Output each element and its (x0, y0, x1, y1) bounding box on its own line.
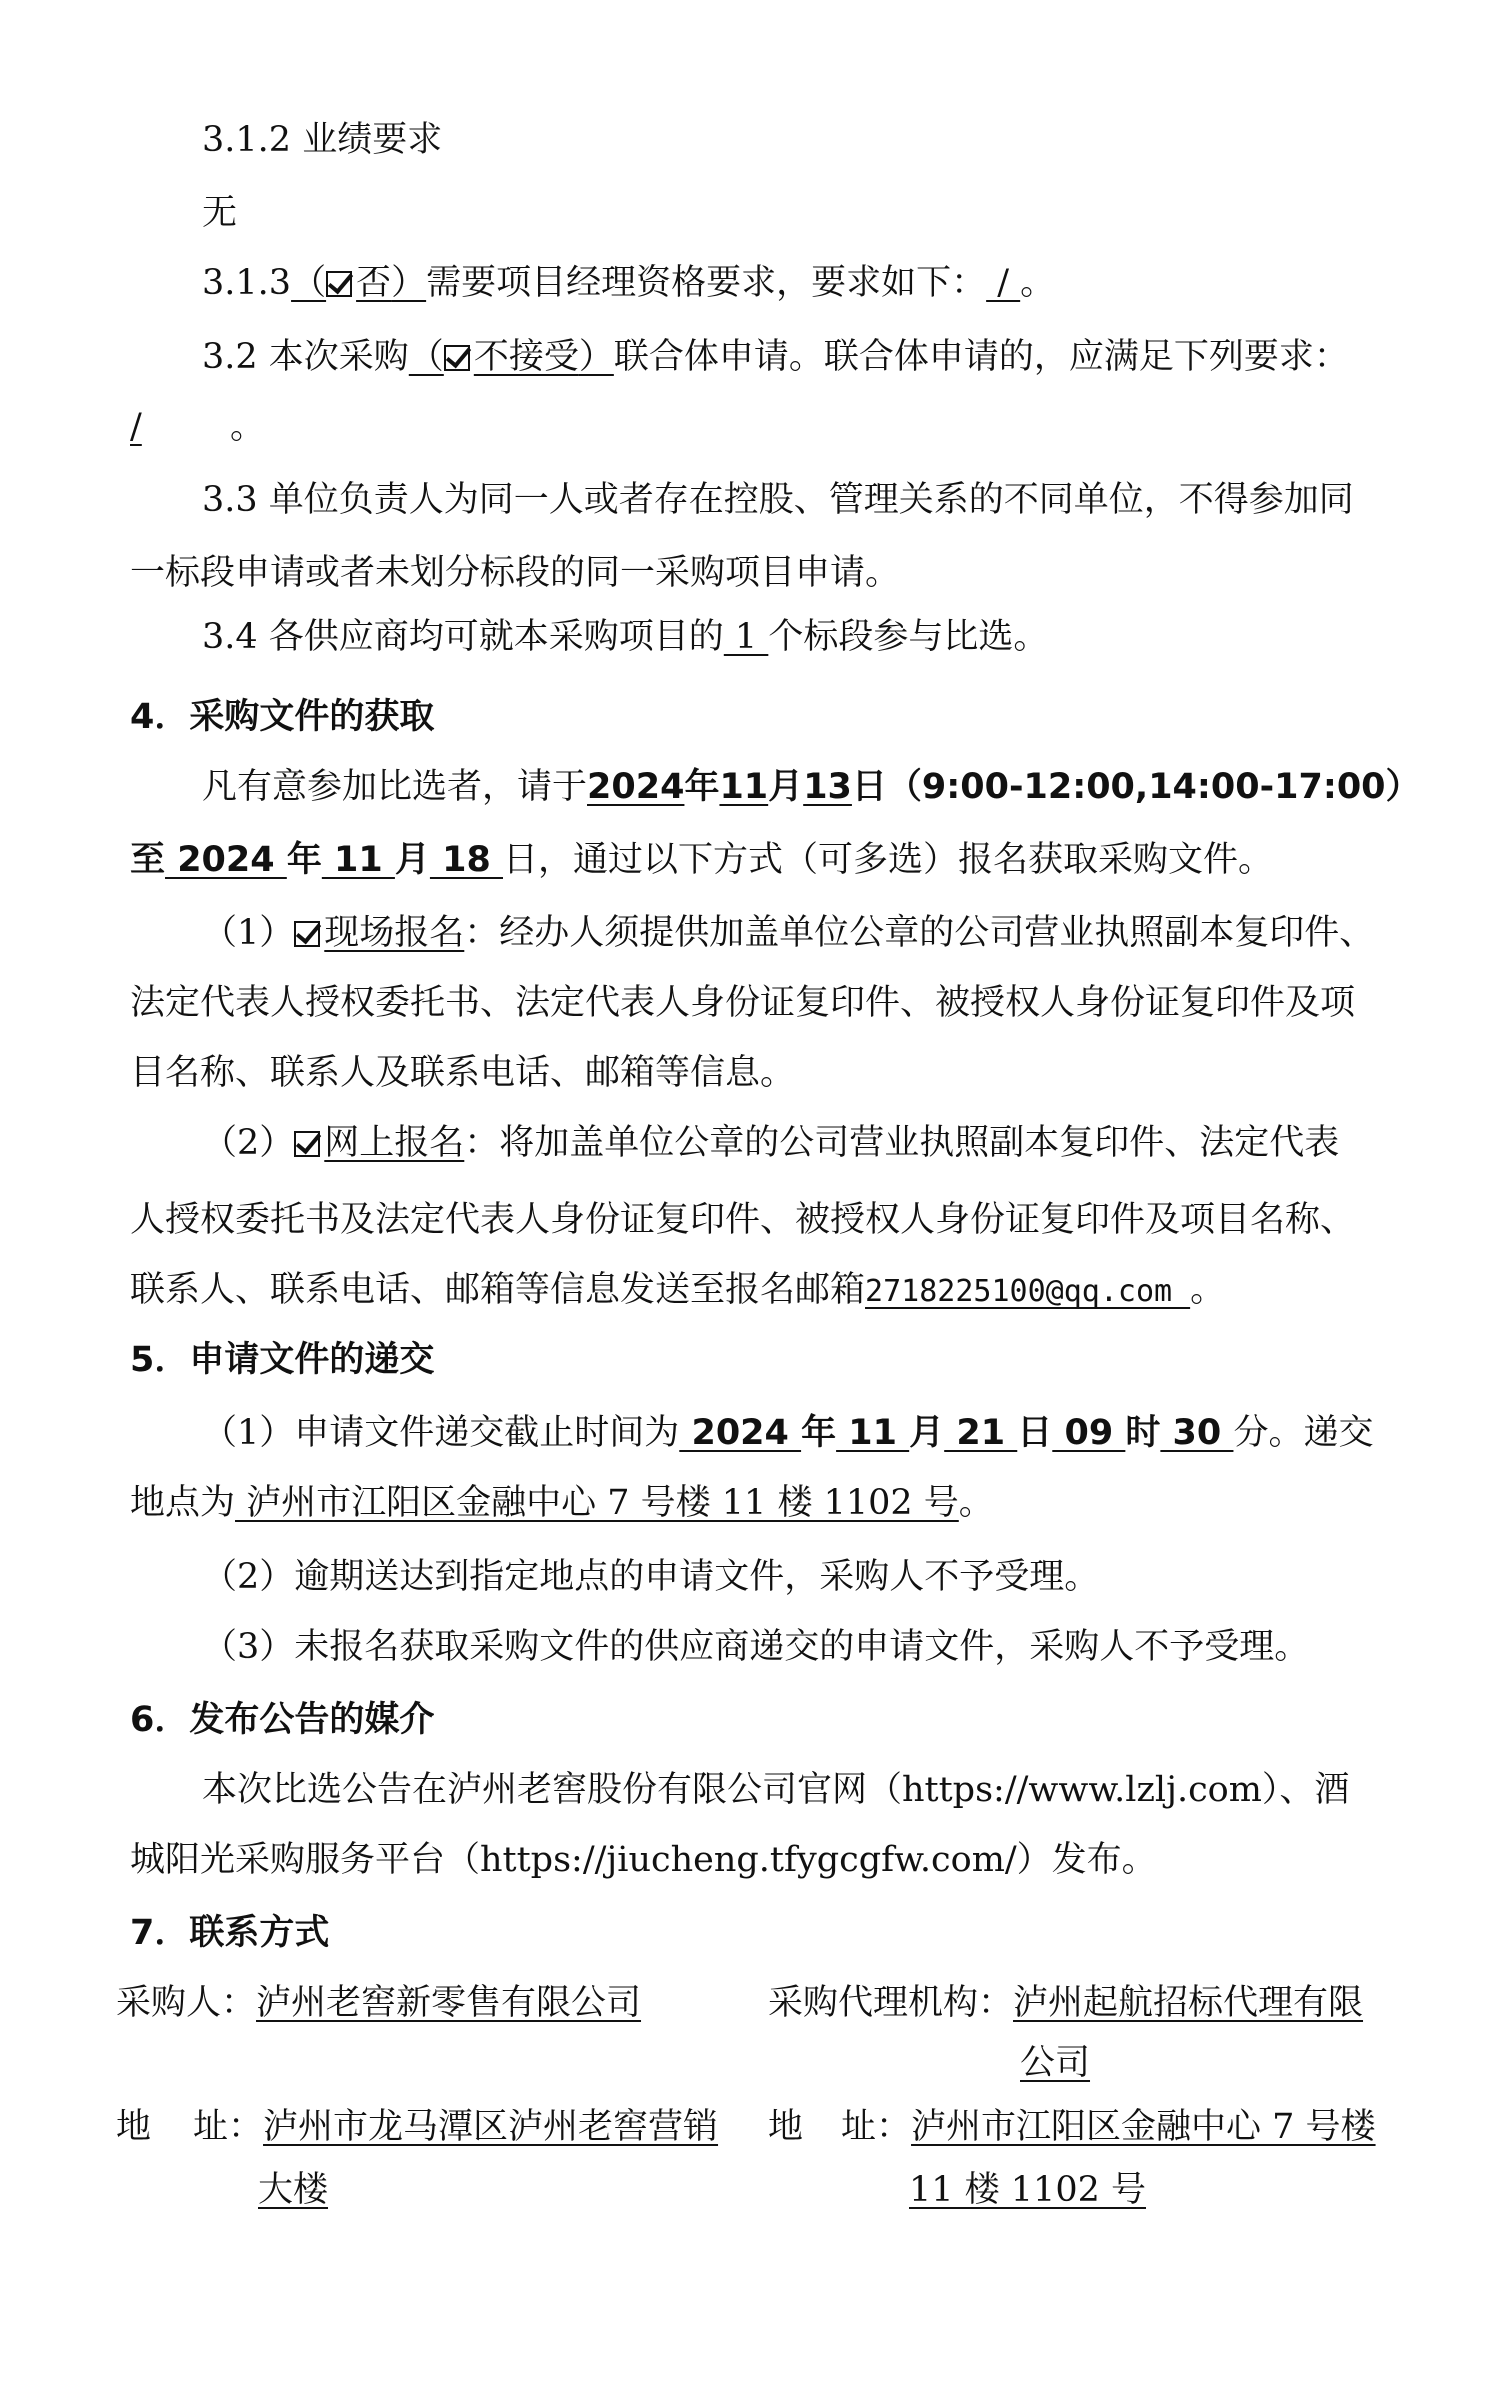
address-label: 址： (841, 2107, 911, 2147)
s34-line: 3.4 各供应商均可就本采购项目的 1 个标段参与比选。 (202, 615, 1048, 659)
s4-item1-line2: 法定代表人授权委托书、法定代表人身份证复印件、被授权人身份证复印件及项 (130, 981, 1355, 1025)
section-4-heading: 4．采购文件的获取 (130, 695, 434, 739)
s33-line1: 3.3 单位负责人为同一人或者存在控股、管理关系的不同单位，不得参加同 (202, 478, 1354, 522)
section-7-heading: 7．联系方式 (130, 1911, 329, 1955)
text: 年 (287, 840, 322, 880)
date-day: 13 (803, 767, 852, 807)
s32-value: / (130, 405, 230, 449)
purchaser-address-row: 地址：泸州市龙马潭区泸州老窖营销 (116, 2105, 718, 2149)
address-label: 地 (116, 2107, 151, 2147)
punct: 。 (1020, 263, 1055, 303)
option-label: 不接受 (474, 337, 579, 377)
purchaser-address: 泸州市龙马潭区泸州老窖营销 (263, 2107, 718, 2147)
purchaser-address-cont: 大楼 (258, 2170, 328, 2210)
checkbox-checked-icon (326, 271, 352, 297)
date-year: 2024 (165, 840, 287, 880)
checkbox-checked-icon (294, 1131, 320, 1157)
item-number: （1） (202, 913, 294, 953)
s313-value: / (986, 263, 1020, 303)
date-month: 11 (322, 840, 395, 880)
s6-line1: 本次比选公告在泸州老窖股份有限公司官网（https://www.lzlj.com… (202, 1768, 1349, 1812)
online-registration: 网上报名 (294, 1123, 464, 1163)
text: 至 (130, 840, 165, 880)
s4-item2-line2: 人授权委托书及法定代表人身份证复印件、被授权人身份证复印件及项目名称、 (130, 1198, 1355, 1242)
s4-item1-line1: （1）现场报名：经办人须提供加盖单位公章的公司营业执照副本复印件、 (202, 911, 1374, 955)
text: （1）申请文件递交截止时间为 (202, 1413, 679, 1453)
text: 地点为 (130, 1483, 235, 1523)
agency-label: 采购代理机构： (768, 1983, 1013, 2023)
deadline-year: 2024 (679, 1413, 801, 1453)
agency-address-row: 地址：泸州市江阳区金融中心 7 号楼 (768, 2105, 1376, 2149)
checkbox-checked-icon (444, 345, 470, 371)
s5-item2: （2）逾期送达到指定地点的申请文件，采购人不予受理。 (202, 1555, 1099, 1599)
text: ：将加盖单位公章的公司营业执照副本复印件、法定代表 (464, 1123, 1339, 1163)
punct: 。 (959, 1483, 994, 1523)
agency-address-cont: 11 楼 1102 号 (909, 2170, 1146, 2210)
agency-value: 泸州起航招标代理有限 (1013, 1983, 1363, 2023)
text: 年 (684, 767, 719, 807)
s32-text: 联合体申请。联合体申请的，应满足下列要求： (614, 337, 1349, 377)
text: 月 (395, 840, 430, 880)
s312-heading: 3.1.2 业绩要求 (202, 118, 442, 162)
option-label: 网上报名 (324, 1123, 464, 1163)
option-label: 现场报名 (324, 913, 464, 953)
text: 年 (801, 1413, 836, 1453)
checkbox-checked-icon (294, 921, 320, 947)
s313-line: 3.1.3（否）需要项目经理资格要求，要求如下： / 。 (202, 261, 1055, 305)
onsite-registration: 现场报名 (294, 913, 464, 953)
s4-intro-line1: 凡有意参加比选者，请于2024年11月13日（9:00-12:00,14:00-… (202, 765, 1421, 809)
agency-row: 采购代理机构：泸州起航招标代理有限 (768, 1981, 1363, 2025)
text: 月 (909, 1413, 944, 1453)
address-label: 址： (193, 2107, 263, 2147)
s34-suffix: 个标段参与比选。 (768, 617, 1048, 657)
purchaser-value: 泸州老窖新零售有限公司 (256, 1983, 641, 2023)
text: 日 (1017, 1413, 1052, 1453)
text: 联系人、联系电话、邮箱等信息发送至报名邮箱 (130, 1270, 865, 1310)
s313-text: 需要项目经理资格要求，要求如下： (426, 263, 986, 303)
section-5-heading: 5．申请文件的递交 (130, 1338, 434, 1382)
purchaser-row: 采购人：泸州老窖新零售有限公司 (116, 1981, 641, 2025)
deadline-day: 21 (944, 1413, 1017, 1453)
agency-address: 泸州市江阳区金融中心 7 号楼 (911, 2107, 1376, 2147)
s34-value: 1 (724, 617, 769, 657)
s4-item2-line3: 联系人、联系电话、邮箱等信息发送至报名邮箱2718225100@qq.com 。 (130, 1268, 1225, 1314)
date-month: 11 (719, 767, 768, 807)
purchaser-address-cont: 大楼 (258, 2168, 328, 2212)
s4-item2-line1: （2）网上报名：将加盖单位公章的公司营业执照副本复印件、法定代表 (202, 1121, 1339, 1165)
address-label: 地 (768, 2107, 803, 2147)
section-title: 业绩要求 (302, 120, 442, 160)
s34-prefix: 3.4 各供应商均可就本采购项目的 (202, 617, 724, 657)
s4-intro-line2: 至 2024 年 11 月 18 日，通过以下方式（可多选）报名获取采购文件。 (130, 838, 1273, 882)
text: 凡有意参加比选者，请于 (202, 767, 587, 807)
s32-line: 3.2 本次采购（不接受）联合体申请。联合体申请的，应满足下列要求： (202, 335, 1349, 379)
agency-value-cont: 公司 (1020, 2043, 1090, 2083)
s4-item1-line3: 目名称、联系人及联系电话、邮箱等信息。 (130, 1051, 795, 1095)
item-number: （2） (202, 1123, 294, 1163)
text: ：经办人须提供加盖单位公章的公司营业执照副本复印件、 (464, 913, 1374, 953)
s5-item3: （3）未报名获取采购文件的供应商递交的申请文件，采购人不予受理。 (202, 1625, 1309, 1669)
text: 分。递交 (1233, 1413, 1373, 1453)
s32-value-line: /。 (130, 405, 265, 449)
s312-value: 无 (202, 191, 237, 235)
text: 日（9:00-12:00,14:00-17:00） (852, 767, 1421, 807)
date-day: 18 (430, 840, 503, 880)
date-year: 2024 (587, 767, 684, 807)
purchaser-label: 采购人： (116, 1983, 256, 2023)
deadline-minute: 30 (1160, 1413, 1233, 1453)
s5-item1-line2: 地点为 泸州市江阳区金融中心 7 号楼 11 楼 1102 号。 (130, 1481, 994, 1525)
agency-address-cont: 11 楼 1102 号 (909, 2168, 1146, 2212)
agency-row-cont: 公司 (1020, 2041, 1090, 2085)
text: 时 (1125, 1413, 1160, 1453)
s6-line2: 城阳光采购服务平台（https://jiucheng.tfygcgfw.com/… (130, 1838, 1157, 1882)
option-label: 否 (356, 263, 391, 303)
punct: 。 (230, 407, 265, 447)
registration-email-link[interactable]: 2718225100@qq.com (865, 1274, 1190, 1309)
submission-place: 泸州市江阳区金融中心 7 号楼 11 楼 1102 号 (235, 1483, 959, 1523)
s5-item1-line1: （1）申请文件递交截止时间为 2024 年 11 月 21 日 09 时 30 … (202, 1411, 1373, 1455)
deadline-month: 11 (836, 1413, 909, 1453)
section-6-heading: 6．发布公告的媒介 (130, 1698, 434, 1742)
text: 月 (768, 767, 803, 807)
deadline-hour: 09 (1052, 1413, 1125, 1453)
text: 日，通过以下方式（可多选）报名获取采购文件。 (503, 840, 1273, 880)
s32-option: （不接受） (409, 337, 614, 377)
s33-line2: 一标段申请或者未划分标段的同一采购项目申请。 (130, 551, 900, 595)
section-number: 3.1.3 (202, 263, 291, 303)
section-number: 3.1.2 (202, 120, 291, 160)
s313-option: （否） (291, 263, 426, 303)
s32-prefix: 3.2 本次采购 (202, 337, 409, 377)
punct: 。 (1190, 1270, 1225, 1310)
